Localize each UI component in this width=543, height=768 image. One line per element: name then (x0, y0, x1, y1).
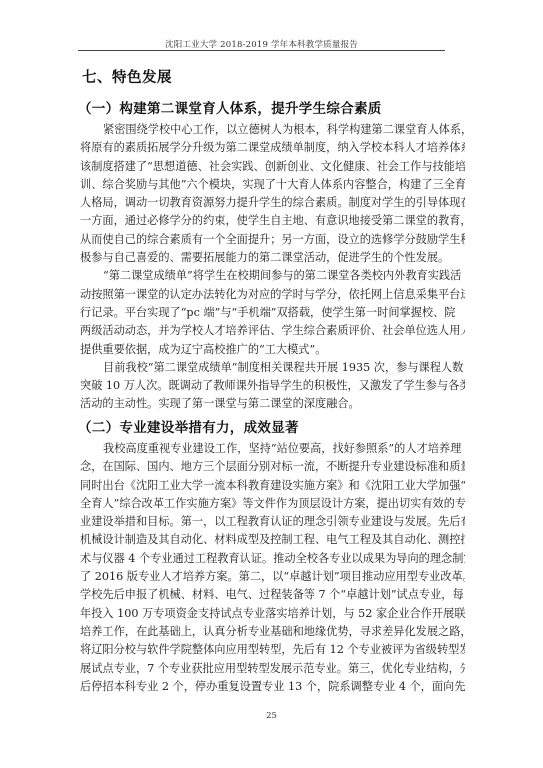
page-number: 25 (0, 711, 543, 721)
paragraph-line: 提供重要依据，成为辽宁高校推广的“工大模式”。 (80, 341, 465, 359)
paragraph-line: 极参与自己喜爱的、需要拓展能力的第二课堂活动，促进学生的个性发展。 (80, 249, 465, 267)
paragraph-line: “第二课堂成绩单”将学生在校期间参与的第二课堂各类校内外教育实践活 (80, 267, 465, 285)
paragraph-line: 将原有的素质拓展学分升级为第二课堂成绩单制度，纳入学校本科人才培养体系。 (80, 139, 465, 157)
paragraph-line: 该制度搭建了“思想道德、社会实践、创新创业、文化健康、社会工作与技能培 (80, 158, 465, 176)
paragraph-line: 后停招本科专业 2 个，停办重复设置专业 13 个，院系调整专业 4 个，面向先… (80, 678, 465, 696)
paragraph-line: 机械设计制造及其自动化、材料成型及控制工程、电气工程及其自动化、测控技 (80, 531, 465, 549)
paragraph-line: 我校高度重视专业建设工作，坚持“站位要高，找好参照系”的人才培养理 (80, 440, 465, 458)
paragraph-line: 全育人”综合改革工作实施方案》等文件作为顶层设计方案，提出切实有效的专 (80, 495, 465, 513)
document-page: 沈阳工业大学 2018-2019 学年本科教学质量报告 七、特色发展 （一）构建… (0, 0, 543, 768)
header-divider (78, 50, 445, 51)
paragraph-line: 年投入 100 万专项资金支持试点专业落实培养计划，与 52 家企业合作开展联合 (80, 605, 465, 623)
paragraph-line: 目前我校“第二课堂成绩单”制度相关课程共开展 1935 次，参与课程人数 (80, 359, 465, 377)
paragraph-line: 两级活动动态，并为学校人才培养评估、学生综合素质评价、社会单位选人用人 (80, 322, 465, 340)
paragraph-line: 一方面，通过必修学分的约束，使学生自主地、有意识地接受第二课堂的教育， (80, 212, 465, 230)
paragraph-line: 学校先后申报了机械、材料、电气、过程装备等 7 个“卓越计划”试点专业，每 (80, 586, 465, 604)
paragraph-line: 念，在国际、国内、地方三个层面分别对标一流，不断提升专业建设标准和质量。 (80, 458, 465, 476)
running-header: 沈阳工业大学 2018-2019 学年本科教学质量报告 (78, 38, 445, 50)
paragraph-line: 动按照第一课堂的认定办法转化为对应的学时与学分，依托网上信息采集平台进 (80, 286, 465, 304)
subsection-title-1: （一）构建第二课堂育人体系，提升学生综合素质 (78, 97, 382, 117)
paragraph-line: 紧密围绕学校中心工作，以立德树人为根本，科学构建第二课堂育人体系， (80, 121, 465, 139)
paragraph-line: 术与仪器 4 个专业通过工程教育认证。推动全校各专业以成果为导向的理念制定 (80, 550, 465, 568)
subsection-body-1: 紧密围绕学校中心工作，以立德树人为根本，科学构建第二课堂育人体系， 将原有的素质… (80, 121, 465, 414)
subsection-title-2: （二）专业建设举措有力，成效显著 (78, 416, 299, 436)
paragraph-line: 了 2016 版专业人才培养方案。第二，以“卓越计划”项目推动应用型专业改革。 (80, 568, 465, 586)
paragraph-line: 将辽阳分校与软件学院整体向应用型转型，先后有 12 个专业被评为省级转型发 (80, 641, 465, 659)
paragraph-line: 突破 10 万人次。既调动了教师课外指导学生的积极性，又激发了学生参与各类 (80, 377, 465, 395)
paragraph-line: 培养工作，在此基础上，认真分析专业基础和地缘优势，寻求差异化发展之路， (80, 623, 465, 641)
subsection-body-2: 我校高度重视专业建设工作，坚持“站位要高，找好参照系”的人才培养理 念，在国际、… (80, 440, 465, 696)
paragraph-line: 行记录。平台实现了“pc 端”与“手机端”双搭载，使学生第一时间掌握校、院 (80, 304, 465, 322)
paragraph-line: 人格局，调动一切教育资源努力提升学生的综合素质。制度对学生的引导体现在 (80, 194, 465, 212)
section-title: 七、特色发展 (82, 66, 172, 87)
paragraph-line: 展试点专业，7 个专业获批应用型转型发展示范专业。第三，优化专业结构，先 (80, 660, 465, 678)
paragraph-line: 业建设举措和目标。第一，以工程教育认证的理念引领专业建设与发展。先后有 (80, 513, 465, 531)
paragraph-line: 活动的主动性。实现了第一课堂与第二课堂的深度融合。 (80, 395, 465, 413)
paragraph-line: 从而使自己的综合素质有一个全面提升；另一方面，设立的选修学分鼓励学生积 (80, 231, 465, 249)
paragraph-line: 同时出台《沈阳工业大学一流本科教育建设实施方案》和《沈阳工业大学加强“三 (80, 477, 465, 495)
paragraph-line: 训、综合奖励与其他”六个模块，实现了十大育人体系内容整合，构建了三全育 (80, 176, 465, 194)
